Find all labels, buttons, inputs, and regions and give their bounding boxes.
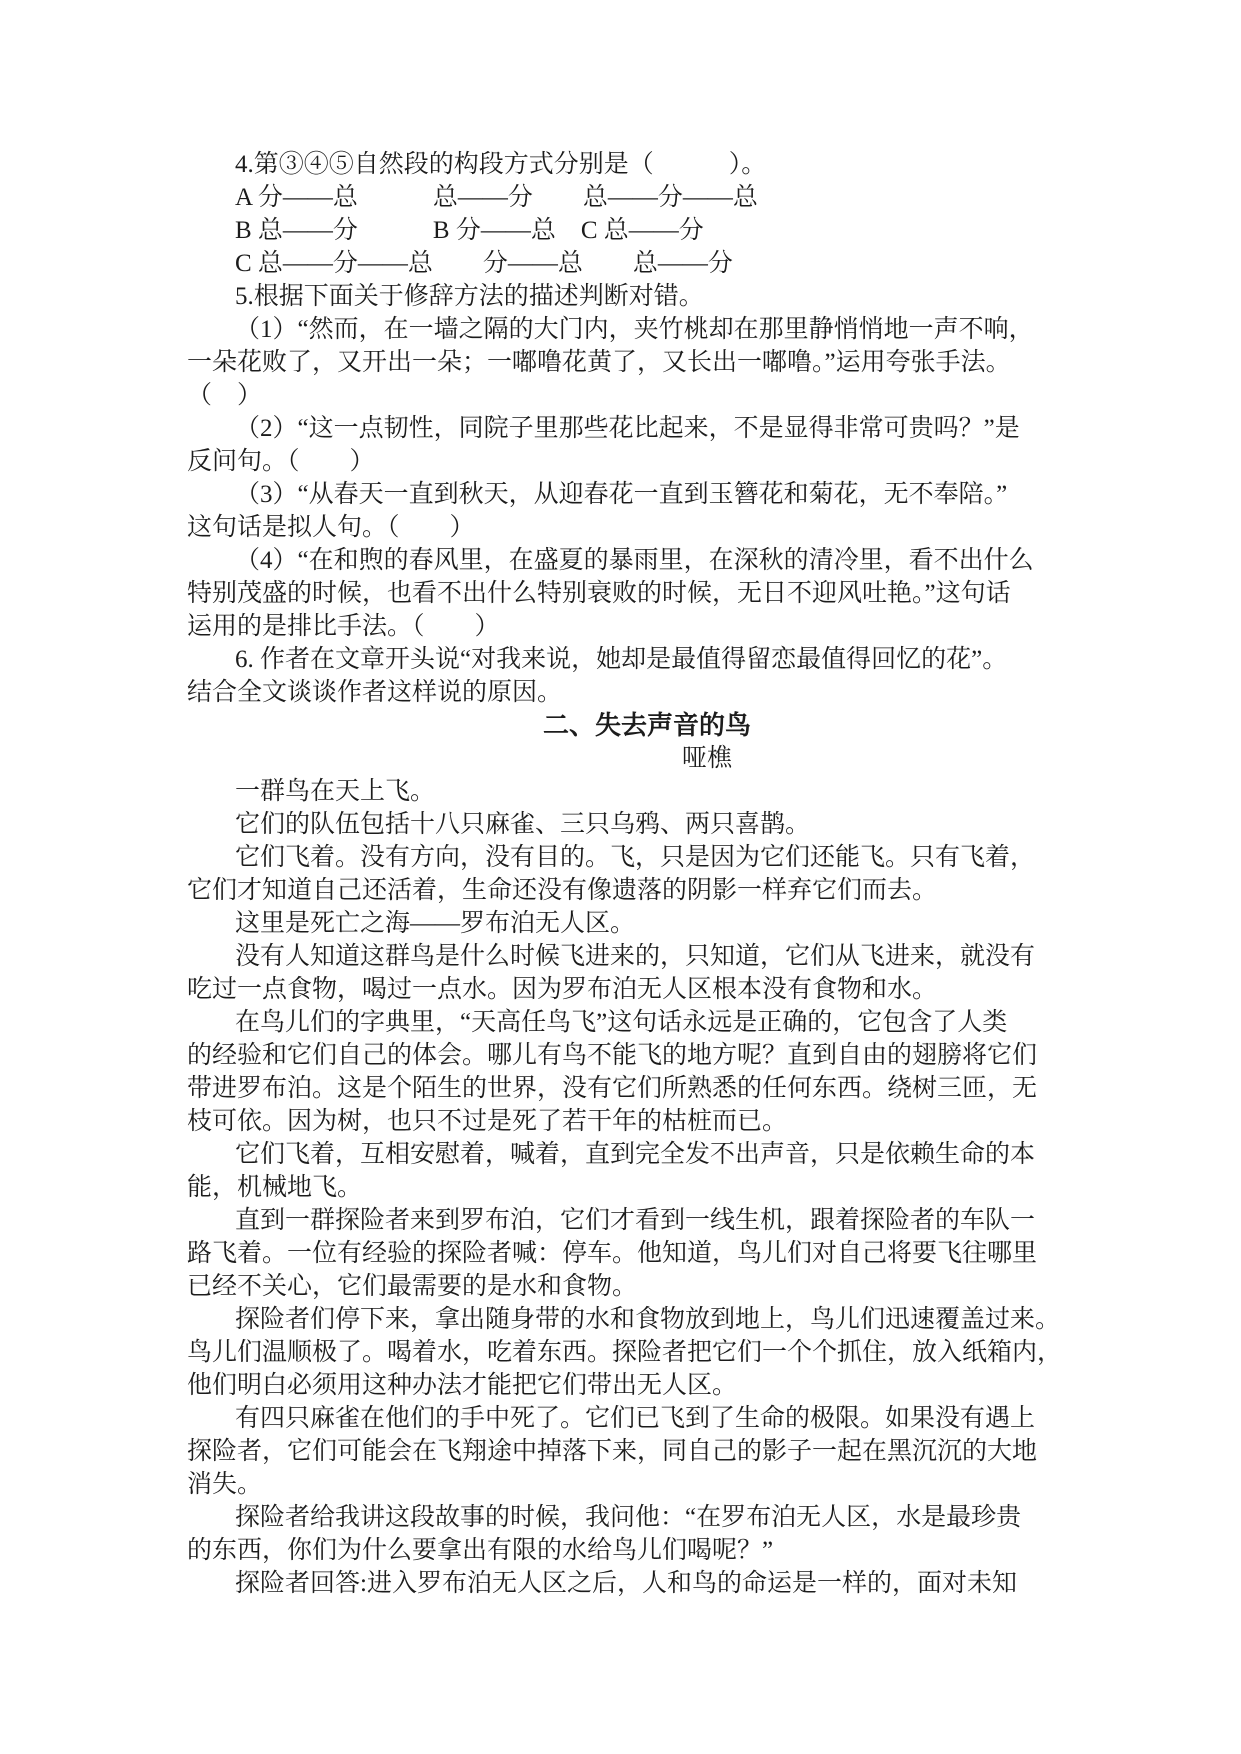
text-line: 这里是死亡之海——罗布泊无人区。 xyxy=(187,907,1107,940)
text-line: 有四只麻雀在他们的手中死了。它们已飞到了生命的极限。如果没有遇上 xyxy=(187,1402,1107,1435)
text-line: 枝可依。因为树，也只不过是死了若干年的枯桩而已。 xyxy=(187,1105,1107,1138)
passage-title: 二、失去声音的鸟 xyxy=(187,709,1107,742)
passage-author: 哑樵 xyxy=(187,742,1107,775)
text-line: （2）“这一点韧性，同院子里那些花比起来，不是显得非常可贵吗？”是 xyxy=(187,412,1107,445)
text-line: 探险者，它们可能会在飞翔途中掉落下来，同自己的影子一起在黑沉沉的大地 xyxy=(187,1435,1107,1468)
text-line: 一朵花败了，又开出一朵；一嘟噜花黄了，又长出一嘟噜。”运用夸张手法。 xyxy=(187,346,1107,379)
text-line: （ ） xyxy=(187,379,1107,412)
text-line: 没有人知道这群鸟是什么时候飞进来的，只知道，它们从飞进来，就没有 xyxy=(187,940,1107,973)
text-line: 鸟儿们温顺极了。喝着水，吃着东西。探险者把它们一个个抓住，放入纸箱内， xyxy=(187,1336,1107,1369)
text-line: 带进罗布泊。这是个陌生的世界，没有它们所熟悉的任何东西。绕树三匝，无 xyxy=(187,1072,1107,1105)
document-content: 4.第③④⑤自然段的构段方式分别是（ ）。A 分——总 总——分 总——分——总… xyxy=(187,148,1107,1600)
text-line: 在鸟儿们的字典里，“天高任鸟飞”这句话永远是正确的，它包含了人类 xyxy=(187,1006,1107,1039)
text-line: 结合全文谈谈作者这样说的原因。 xyxy=(187,676,1107,709)
text-line: 它们的队伍包括十八只麻雀、三只乌鸦、两只喜鹊。 xyxy=(187,808,1107,841)
text-line: 路飞着。一位有经验的探险者喊：停车。他知道，鸟儿们对自己将要飞往哪里 xyxy=(187,1237,1107,1270)
text-line: 能，机械地飞。 xyxy=(187,1171,1107,1204)
text-line: （4）“在和煦的春风里，在盛夏的暴雨里，在深秋的清冷里，看不出什么 xyxy=(187,544,1107,577)
text-line: 反问句。（ ） xyxy=(187,445,1107,478)
text-line: 它们才知道自己还活着，生命还没有像遗落的阴影一样弃它们而去。 xyxy=(187,874,1107,907)
text-line: 6. 作者在文章开头说“对我来说，她却是最值得留恋最值得回忆的花”。 xyxy=(187,643,1107,676)
text-line: 探险者给我讲这段故事的时候，我问他：“在罗布泊无人区，水是最珍贵 xyxy=(187,1501,1107,1534)
text-line: 它们飞着。没有方向，没有目的。飞，只是因为它们还能飞。只有飞着， xyxy=(187,841,1107,874)
text-line: 5.根据下面关于修辞方法的描述判断对错。 xyxy=(187,280,1107,313)
text-line: （1）“然而，在一墙之隔的大门内，夹竹桃却在那里静悄悄地一声不响， xyxy=(187,313,1107,346)
text-line: 的经验和它们自己的体会。哪儿有鸟不能飞的地方呢？直到自由的翅膀将它们 xyxy=(187,1039,1107,1072)
text-line: 的东西，你们为什么要拿出有限的水给鸟儿们喝呢？” xyxy=(187,1534,1107,1567)
text-line: 它们飞着，互相安慰着，喊着，直到完全发不出声音，只是依赖生命的本 xyxy=(187,1138,1107,1171)
text-line: 运用的是排比手法。（ ） xyxy=(187,610,1107,643)
text-line: C 总——分——总 分——总 总——分 xyxy=(187,247,1107,280)
text-line: 一群鸟在天上飞。 xyxy=(187,775,1107,808)
text-line: 已经不关心，它们最需要的是水和食物。 xyxy=(187,1270,1107,1303)
document-page: 4.第③④⑤自然段的构段方式分别是（ ）。A 分——总 总——分 总——分——总… xyxy=(0,0,1241,1754)
text-line: 特别茂盛的时候，也看不出什么特别衰败的时候，无日不迎风吐艳。”这句话 xyxy=(187,577,1107,610)
text-line: A 分——总 总——分 总——分——总 xyxy=(187,181,1107,214)
text-line: 这句话是拟人句。（ ） xyxy=(187,511,1107,544)
section-reading-two: 一群鸟在天上飞。它们的队伍包括十八只麻雀、三只乌鸦、两只喜鹊。它们飞着。没有方向… xyxy=(187,775,1107,1600)
text-line: （3）“从春天一直到秋天，从迎春花一直到玉簪花和菊花，无不奉陪。” xyxy=(187,478,1107,511)
text-line: 他们明白必须用这种办法才能把它们带出无人区。 xyxy=(187,1369,1107,1402)
text-line: 探险者回答:进入罗布泊无人区之后，人和鸟的命运是一样的，面对未知 xyxy=(187,1567,1107,1600)
text-line: B 总——分 B 分——总 C 总——分 xyxy=(187,214,1107,247)
section-reading-one: 4.第③④⑤自然段的构段方式分别是（ ）。A 分——总 总——分 总——分——总… xyxy=(187,148,1107,709)
text-line: 吃过一点食物，喝过一点水。因为罗布泊无人区根本没有食物和水。 xyxy=(187,973,1107,1006)
text-line: 直到一群探险者来到罗布泊，它们才看到一线生机，跟着探险者的车队一 xyxy=(187,1204,1107,1237)
text-line: 消失。 xyxy=(187,1468,1107,1501)
text-line: 4.第③④⑤自然段的构段方式分别是（ ）。 xyxy=(187,148,1107,181)
text-line: 探险者们停下来，拿出随身带的水和食物放到地上，鸟儿们迅速覆盖过来。 xyxy=(187,1303,1107,1336)
